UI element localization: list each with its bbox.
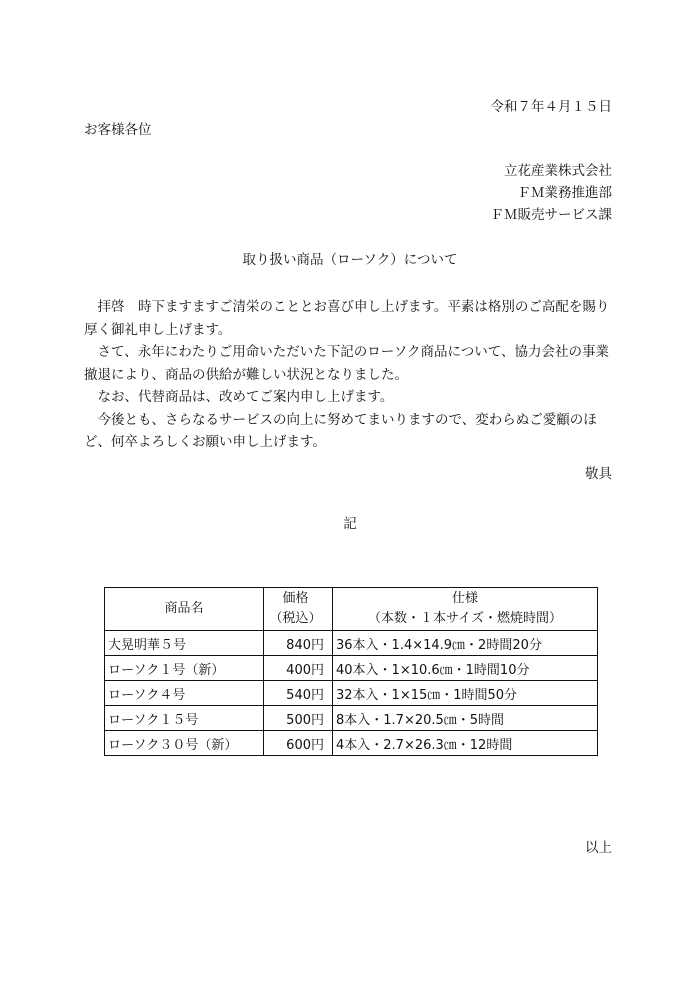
sender-department: ＦＭ業務推進部 (491, 182, 613, 204)
sender-block: 立花産業株式会社 ＦＭ業務推進部 ＦＭ販売サービス課 (491, 160, 613, 226)
table-row: ローソク４号 540円 32本入・1×15㎝・1時間50分 (105, 681, 598, 706)
product-spec: 32本入・1×15㎝・1時間50分 (333, 681, 598, 706)
recipient: お客様各位 (84, 118, 152, 138)
product-price: 400円 (264, 656, 333, 681)
product-price: 540円 (264, 681, 333, 706)
table-row: ローソク３０号（新） 600円 4本入・2.7×26.3㎝・12時間 (105, 731, 598, 756)
product-price: 600円 (264, 731, 333, 756)
product-name: ローソク１５号 (105, 706, 264, 731)
header-product-name: 商品名 (105, 588, 264, 631)
product-name: ローソク３０号（新） (105, 731, 264, 756)
header-spec-line2: （本数・１本サイズ・燃焼時間） (336, 609, 594, 629)
product-table: 商品名 価格 （税込） 仕様 （本数・１本サイズ・燃焼時間） 大晃明華５号 84… (104, 587, 598, 756)
closing-ijo: 以上 (585, 836, 612, 856)
table-row: 大晃明華５号 840円 36本入・1.4×14.9㎝・2時間20分 (105, 631, 598, 656)
product-price: 500円 (264, 706, 333, 731)
body-paragraph: 今後とも、さらなるサービスの向上に努めてまいりますので、変わらぬご愛顧のほど、何… (84, 409, 614, 454)
product-spec: 8本入・1.7×20.5㎝・5時間 (333, 706, 598, 731)
header-spec: 仕様 （本数・１本サイズ・燃焼時間） (333, 588, 598, 631)
product-spec: 36本入・1.4×14.9㎝・2時間20分 (333, 631, 598, 656)
letter-body: 拝啓 時下ますますご清栄のこととお喜び申し上げます。平素は格別のご高配を賜り厚く… (84, 296, 614, 454)
header-price-line2: （税込） (267, 609, 324, 629)
closing-keigu: 敬具 (585, 462, 612, 482)
product-spec: 40本入・1×10.6㎝・1時間10分 (333, 656, 598, 681)
body-paragraph: 拝啓 時下ますますご清栄のこととお喜び申し上げます。平素は格別のご高配を賜り厚く… (84, 296, 614, 341)
document-date: 令和７年４月１５日 (491, 95, 613, 115)
table-header-row: 商品名 価格 （税込） 仕様 （本数・１本サイズ・燃焼時間） (105, 588, 598, 631)
product-name: ローソク１号（新） (105, 656, 264, 681)
sender-company: 立花産業株式会社 (491, 160, 613, 182)
header-spec-line1: 仕様 (336, 589, 594, 609)
header-price-line1: 価格 (267, 589, 324, 609)
body-paragraph: さて、永年にわたりご用命いただいた下記のローソク商品について、協力会社の事業撤退… (84, 341, 614, 386)
table-row: ローソク１号（新） 400円 40本入・1×10.6㎝・1時間10分 (105, 656, 598, 681)
product-price: 840円 (264, 631, 333, 656)
body-paragraph: なお、代替商品は、改めてご案内申し上げます。 (84, 386, 614, 409)
header-price: 価格 （税込） (264, 588, 333, 631)
table-row: ローソク１５号 500円 8本入・1.7×20.5㎝・5時間 (105, 706, 598, 731)
product-name: ローソク４号 (105, 681, 264, 706)
product-spec: 4本入・2.7×26.3㎝・12時間 (333, 731, 598, 756)
ki-heading: 記 (0, 512, 700, 532)
document-title: 取り扱い商品（ローソク）について (0, 248, 700, 268)
sender-section: ＦＭ販売サービス課 (491, 204, 613, 226)
product-name: 大晃明華５号 (105, 631, 264, 656)
